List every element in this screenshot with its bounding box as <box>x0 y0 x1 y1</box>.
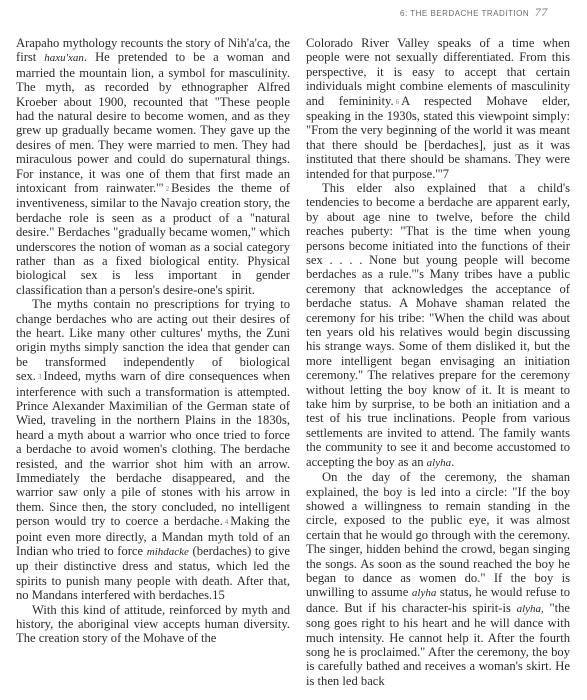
term-mihdacke: mihdacke <box>147 546 189 558</box>
footnote-marker: 4 <box>225 518 229 526</box>
text: . He pretended to be a woman and married… <box>16 50 290 195</box>
footnote-marker: 6 <box>396 98 400 106</box>
text: Besides the theme of inventiveness, simi… <box>16 181 290 297</box>
paragraph-colorado: Colorado River Valley speaks of a time w… <box>306 36 570 181</box>
paragraph-elder: This elder also explained that a child's… <box>306 181 570 470</box>
text: Indeed, myths warn of dire consequences … <box>16 369 290 528</box>
paragraph-myths: The myths contain no prescriptions for t… <box>16 297 290 602</box>
right-column: Colorado River Valley speaks of a time w… <box>306 36 570 688</box>
term-alyha: alyha <box>412 587 436 599</box>
term-alyha: alyha <box>427 457 451 469</box>
footnote-marker: 3 <box>38 373 42 381</box>
left-column: Arapaho mythology recounts the story of … <box>16 36 290 646</box>
paragraph-ceremony: On the day of the ceremony, the shaman e… <box>306 470 570 688</box>
page-number: 77 <box>535 5 548 19</box>
term-alyha: alyha, <box>517 603 544 615</box>
term-haxuxan: haxu'xan <box>44 52 84 64</box>
running-title: 6: THE BERDACHE TRADITION <box>400 9 529 18</box>
paragraph-attitude: With this kind of attitude, reinforced b… <box>16 603 290 646</box>
footnote-marker: 2 <box>166 185 170 193</box>
text: On the day of the ceremony, the shaman e… <box>306 470 570 599</box>
text: This elder also explained that a child's… <box>306 181 570 469</box>
running-header: 6: THE BERDACHE TRADITION 77 <box>400 5 580 20</box>
text: . <box>451 455 454 469</box>
paragraph-arapaho: Arapaho mythology recounts the story of … <box>16 36 290 297</box>
